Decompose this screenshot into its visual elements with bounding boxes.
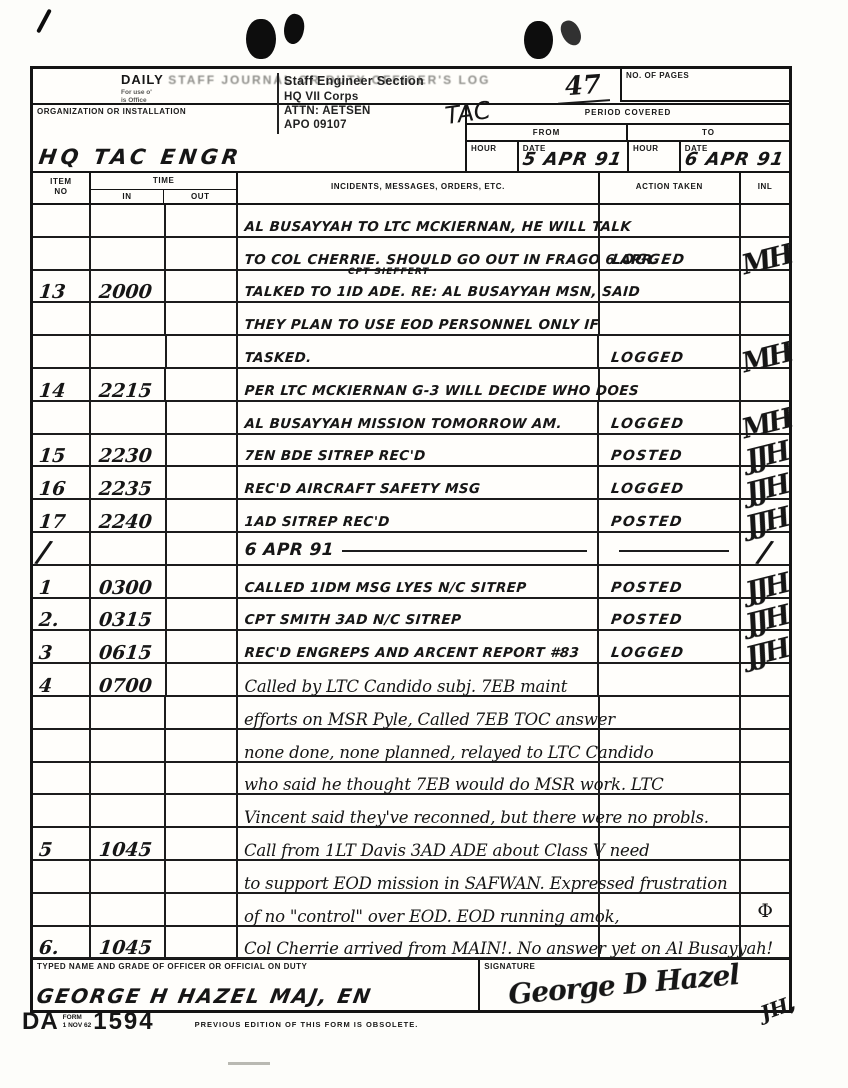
time-out-cell (166, 271, 238, 302)
action-taken-cell (600, 271, 741, 302)
incidents-cell: AL BUSAYYAH MISSION TOMORROW AM. (238, 402, 599, 433)
da-label: DA (22, 1008, 59, 1036)
incidents-cell: of no "control" over EOD. EOD running am… (238, 894, 600, 925)
action-taken-cell (600, 763, 741, 794)
item-no-cell (33, 861, 91, 892)
time-in-cell (91, 205, 167, 236)
action-taken-cell: LOGGED (600, 238, 741, 269)
action-taken-cell: POSTED (599, 599, 741, 630)
time-out-cell (167, 435, 239, 466)
action-taken-cell: POSTED (599, 500, 741, 531)
journal-row: 30615REC'D ENGREPS AND ARCENT REPORT #83… (33, 631, 789, 664)
incidents-cell: 1AD SITREP REC'D (238, 500, 599, 531)
time-in-cell (91, 861, 167, 892)
time-in-cell (91, 303, 167, 334)
action-taken-cell (600, 795, 741, 826)
time-in-cell: 0700 (91, 664, 167, 695)
time-out-cell (166, 205, 238, 236)
journal-row: Vincent said they've reconned, but there… (33, 795, 789, 828)
initials-cell (741, 763, 789, 794)
action-taken-cell (600, 205, 741, 236)
incidents-cell: 7EN BDE SITREP REC'D (238, 435, 599, 466)
no-of-pages-box: NO. OF PAGES (620, 69, 789, 102)
journal-row: who said he thought 7EB would do MSR wor… (33, 763, 789, 796)
org-period-band: ORGANIZATION OR INSTALLATION HQ TAC ENGR… (33, 105, 789, 173)
journal-row: 40700Called by LTC Candido subj. 7EB mai… (33, 664, 789, 697)
initials-cell (741, 795, 789, 826)
time-out-cell (166, 795, 238, 826)
time-out-cell (167, 664, 239, 695)
journal-row: TASKED.LOGGEDMH (33, 336, 789, 369)
incidents-cell: Called by LTC Candido subj. 7EB maint (238, 664, 599, 695)
time-in-cell (91, 697, 167, 728)
journal-row: of no "control" over EOD. EOD running am… (33, 894, 789, 927)
signature-cell: SIGNATURE George D Hazel JH, (480, 960, 789, 1010)
time-out-cell (166, 927, 238, 958)
time-in-cell (91, 238, 167, 269)
time-out-cell (167, 631, 239, 662)
action-taken-cell: LOGGED (599, 402, 741, 433)
initials-cell (741, 664, 789, 695)
initials-cell (741, 828, 789, 859)
journal-row: AL BUSAYYAH MISSION TOMORROW AM.LOGGEDMH (33, 402, 789, 435)
incidents-cell: Call from 1LT Davis 3AD ADE about Class … (238, 828, 600, 859)
form-title-strong: DAILY (121, 72, 164, 87)
time-in-cell (91, 894, 167, 925)
period-hour-date-row: HOUR DATE 5 APR 91 HOUR DATE 6 APR 91 (467, 142, 789, 171)
action-taken-cell (600, 697, 741, 728)
journal-row: 142215PER LTC MCKIERNAN G-3 WILL DECIDE … (33, 369, 789, 402)
incidents-cell: to support EOD mission in SAFWAN. Expres… (238, 861, 600, 892)
initials-cell: / (741, 533, 789, 564)
item-no-cell: 2. (33, 599, 91, 630)
punch-hole-mark (246, 19, 276, 59)
incidents-cell: TASKED. (238, 336, 599, 367)
time-out-cell (166, 369, 238, 400)
incidents-cell: CPT SMITH 3AD N/C SITREP (238, 599, 599, 630)
item-no-cell (33, 336, 91, 367)
item-no-cell (33, 303, 91, 334)
item-no-cell (33, 795, 91, 826)
journal-row: efforts on MSR Pyle, Called 7EB TOC answ… (33, 697, 789, 730)
da-form-1594: DAILY STAFF JOURNAL OR DUTY OFFICER'S LO… (30, 66, 792, 1013)
incidents-cell: REC'D ENGREPS AND ARCENT REPORT #83 (238, 631, 599, 662)
action-taken-cell: LOGGED (599, 336, 741, 367)
ink-smudge (558, 18, 584, 49)
time-out-cell (167, 402, 239, 433)
time-in-cell: 1045 (91, 927, 167, 958)
to-hour-cell: HOUR (629, 142, 681, 171)
action-taken-cell (600, 369, 741, 400)
time-out-cell (167, 533, 239, 564)
journal-row: 162235REC'D AIRCRAFT SAFETY MSGLOGGEDJJH (33, 467, 789, 500)
scan-pen-mark (36, 9, 52, 34)
item-no-cell: 14 (33, 369, 91, 400)
incidents-header: INCIDENTS, MESSAGES, ORDERS, ETC. (238, 173, 599, 203)
form-number: 1594 (93, 1008, 154, 1036)
time-in-cell: 2235 (91, 467, 167, 498)
item-no-cell (33, 894, 91, 925)
initials-cell: JJH (741, 467, 789, 498)
time-header: TIME IN OUT (91, 173, 239, 203)
time-out-cell (167, 467, 239, 498)
item-no-cell: 13 (33, 271, 91, 302)
action-taken-cell (599, 664, 741, 695)
item-no-cell (33, 730, 91, 761)
time-in-cell (91, 336, 167, 367)
initials-cell (741, 730, 789, 761)
item-no-cell (33, 763, 91, 794)
initials-cell (741, 927, 789, 958)
from-date-cell: DATE 5 APR 91 (519, 142, 629, 171)
journal-row: 1522307EN BDE SITREP REC'DPOSTEDJJH (33, 435, 789, 468)
incidents-cell: REC'D AIRCRAFT SAFETY MSG (238, 467, 599, 498)
time-in-cell (91, 763, 167, 794)
time-in-cell: 0315 (91, 599, 167, 630)
time-out-cell (166, 894, 238, 925)
divider-line (619, 550, 729, 552)
initials-header: INL (741, 173, 789, 203)
incidents-cell: THEY PLAN TO USE EOD PERSONNEL ONLY IF (238, 303, 600, 334)
incidents-cell: TO COL CHERRIE. SHOULD GO OUT IN FRAGO 6… (238, 238, 600, 269)
action-taken-header: ACTION TAKEN (600, 173, 742, 203)
incidents-cell: CALLED 1IDM MSG LYES N/C SITREP (238, 566, 599, 597)
item-no-header: ITEM NO (33, 173, 91, 203)
action-taken-cell: LOGGED (599, 467, 741, 498)
journal-row: none done, none planned, relayed to LTC … (33, 730, 789, 763)
time-out-cell (166, 828, 238, 859)
form-edition: FORM 1 NOV 62 (63, 1014, 92, 1030)
period-covered-cell: PERIOD COVERED FROM TO HOUR DATE 5 APR 9… (467, 105, 789, 171)
from-date-handwritten: 5 APR 91 (521, 149, 624, 170)
journal-row: to support EOD mission in SAFWAN. Expres… (33, 861, 789, 894)
ink-smudge (280, 12, 307, 46)
scan-speck (228, 1062, 270, 1065)
time-out-cell (166, 730, 238, 761)
item-no-cell: / (33, 533, 91, 564)
time-out-cell (167, 566, 239, 597)
journal-rows: AL BUSAYYAH TO LTC MCKIERNAN, HE WILL TA… (33, 205, 789, 959)
item-no-cell: 3 (33, 631, 91, 662)
time-out-cell (166, 763, 238, 794)
item-no-cell: 6. (33, 927, 91, 958)
action-taken-cell: LOGGED (599, 631, 741, 662)
initials-cell: JJH (741, 599, 789, 630)
time-out-cell (167, 500, 239, 531)
item-no-cell (33, 402, 91, 433)
action-taken-cell (600, 828, 741, 859)
journal-row: AL BUSAYYAH TO LTC MCKIERNAN, HE WILL TA… (33, 205, 789, 238)
item-no-cell (33, 205, 91, 236)
initials-cell (741, 205, 789, 236)
table-column-headers: ITEM NO TIME IN OUT INCIDENTS, MESSAGES,… (33, 173, 789, 205)
initials-cell: JJH (741, 435, 789, 466)
initials-cell: JJH (741, 566, 789, 597)
initials-cell: JJH (741, 631, 789, 662)
incidents-cell: Vincent said they've reconned, but there… (238, 795, 600, 826)
period-from-to-row: FROM TO (467, 125, 789, 142)
time-out-cell (167, 336, 239, 367)
divider-line (342, 550, 588, 552)
from-hour-cell: HOUR (467, 142, 519, 171)
time-in-cell: 2240 (91, 500, 167, 531)
no-of-pages-label: NO. OF PAGES (622, 69, 789, 80)
to-date-handwritten: 6 APR 91 (683, 149, 786, 170)
typed-name-handwritten: GEORGE H HAZEL MAJ, EN (35, 984, 374, 1008)
form-id-line: DA FORM 1 NOV 62 1594 PREVIOUS EDITION O… (22, 1008, 418, 1036)
organization-handwritten: HQ TAC ENGR (37, 145, 243, 169)
action-taken-cell (600, 303, 741, 334)
item-no-cell: 16 (33, 467, 91, 498)
initials-cell: MH (741, 336, 789, 367)
journal-row: THEY PLAN TO USE EOD PERSONNEL ONLY IF (33, 303, 789, 336)
item-no-cell (33, 697, 91, 728)
time-in-cell: 0615 (91, 631, 167, 662)
time-in-cell (91, 795, 167, 826)
initials-cell: JJH (741, 500, 789, 531)
time-out-cell (166, 303, 238, 334)
corner-initials-scrawl: JH, (757, 991, 798, 1026)
to-date-cell: DATE 6 APR 91 (681, 142, 789, 171)
time-out-cell (166, 697, 238, 728)
typed-name-label: TYPED NAME AND GRADE OF OFFICER OR OFFIC… (33, 960, 478, 971)
action-taken-cell (600, 927, 741, 958)
item-no-cell: 5 (33, 828, 91, 859)
time-in-cell: 1045 (91, 828, 167, 859)
incidents-cell: Col Cherrie arrived from MAIN!. No answe… (238, 927, 600, 958)
incidents-cell: AL BUSAYYAH TO LTC MCKIERNAN, HE WILL TA… (238, 205, 600, 236)
time-in-cell: 0300 (91, 566, 167, 597)
date-divider-row: /6 APR 91/ (33, 533, 789, 566)
journal-row: 132000CPT SIEFFERTTALKED TO 1ID ADE. RE:… (33, 271, 789, 304)
item-no-cell: 1 (33, 566, 91, 597)
time-out-cell (167, 599, 239, 630)
journal-row: 51045Call from 1LT Davis 3AD ADE about C… (33, 828, 789, 861)
period-to-label: TO (628, 125, 789, 140)
initials-cell: MH (741, 238, 789, 269)
initials-cell (741, 303, 789, 334)
obsolete-note: PREVIOUS EDITION OF THIS FORM IS OBSOLET… (195, 1020, 419, 1029)
initials-cell (741, 369, 789, 400)
item-no-cell (33, 238, 91, 269)
incidents-cell: efforts on MSR Pyle, Called 7EB TOC answ… (238, 697, 600, 728)
action-taken-cell: POSTED (599, 566, 741, 597)
time-in-cell: 2000 (91, 271, 167, 302)
journal-row: 10300CALLED 1IDM MSG LYES N/C SITREPPOST… (33, 566, 789, 599)
time-out-cell (166, 861, 238, 892)
signature-band: TYPED NAME AND GRADE OF OFFICER OR OFFIC… (33, 959, 789, 1010)
item-no-cell: 15 (33, 435, 91, 466)
action-taken-cell (600, 894, 741, 925)
incidents-cell: none done, none planned, relayed to LTC … (238, 730, 600, 761)
time-in-header: IN (91, 190, 164, 203)
punch-hole-mark (524, 21, 553, 59)
initials-cell: MH (741, 402, 789, 433)
item-no-cell: 4 (33, 664, 91, 695)
time-out-header: OUT (164, 190, 236, 203)
time-in-cell (91, 730, 167, 761)
journal-row: 6.1045Col Cherrie arrived from MAIN!. No… (33, 927, 789, 960)
journal-row: 1722401AD SITREP REC'DPOSTEDJJH (33, 500, 789, 533)
time-in-cell (91, 402, 167, 433)
incidents-cell: who said he thought 7EB would do MSR wor… (238, 763, 600, 794)
incidents-cell: PER LTC MCKIERNAN G-3 WILL DECIDE WHO DO… (238, 369, 600, 400)
initials-cell (741, 271, 789, 302)
typed-name-cell: TYPED NAME AND GRADE OF OFFICER OR OFFIC… (33, 960, 480, 1010)
incidents-cell: 6 APR 91 (238, 533, 599, 564)
period-from-label: FROM (467, 125, 628, 140)
item-no-cell: 17 (33, 500, 91, 531)
journal-row: 2.0315CPT SMITH 3AD N/C SITREPPOSTEDJJH (33, 599, 789, 632)
time-in-cell: 2215 (91, 369, 167, 400)
initials-cell (741, 861, 789, 892)
action-taken-cell (600, 730, 741, 761)
time-in-cell (91, 533, 167, 564)
action-taken-cell (599, 533, 741, 564)
organization-cell: ORGANIZATION OR INSTALLATION HQ TAC ENGR… (33, 105, 467, 171)
initials-cell (741, 697, 789, 728)
time-out-cell (166, 238, 238, 269)
incidents-cell: CPT SIEFFERTTALKED TO 1ID ADE. RE: AL BU… (238, 271, 600, 302)
action-taken-cell (600, 861, 741, 892)
time-in-cell: 2230 (91, 435, 167, 466)
initials-cell: Φ (741, 894, 789, 925)
period-covered-label: PERIOD COVERED (467, 105, 789, 125)
action-taken-cell: POSTED (599, 435, 741, 466)
page-number-handwritten: 47 (556, 69, 610, 105)
